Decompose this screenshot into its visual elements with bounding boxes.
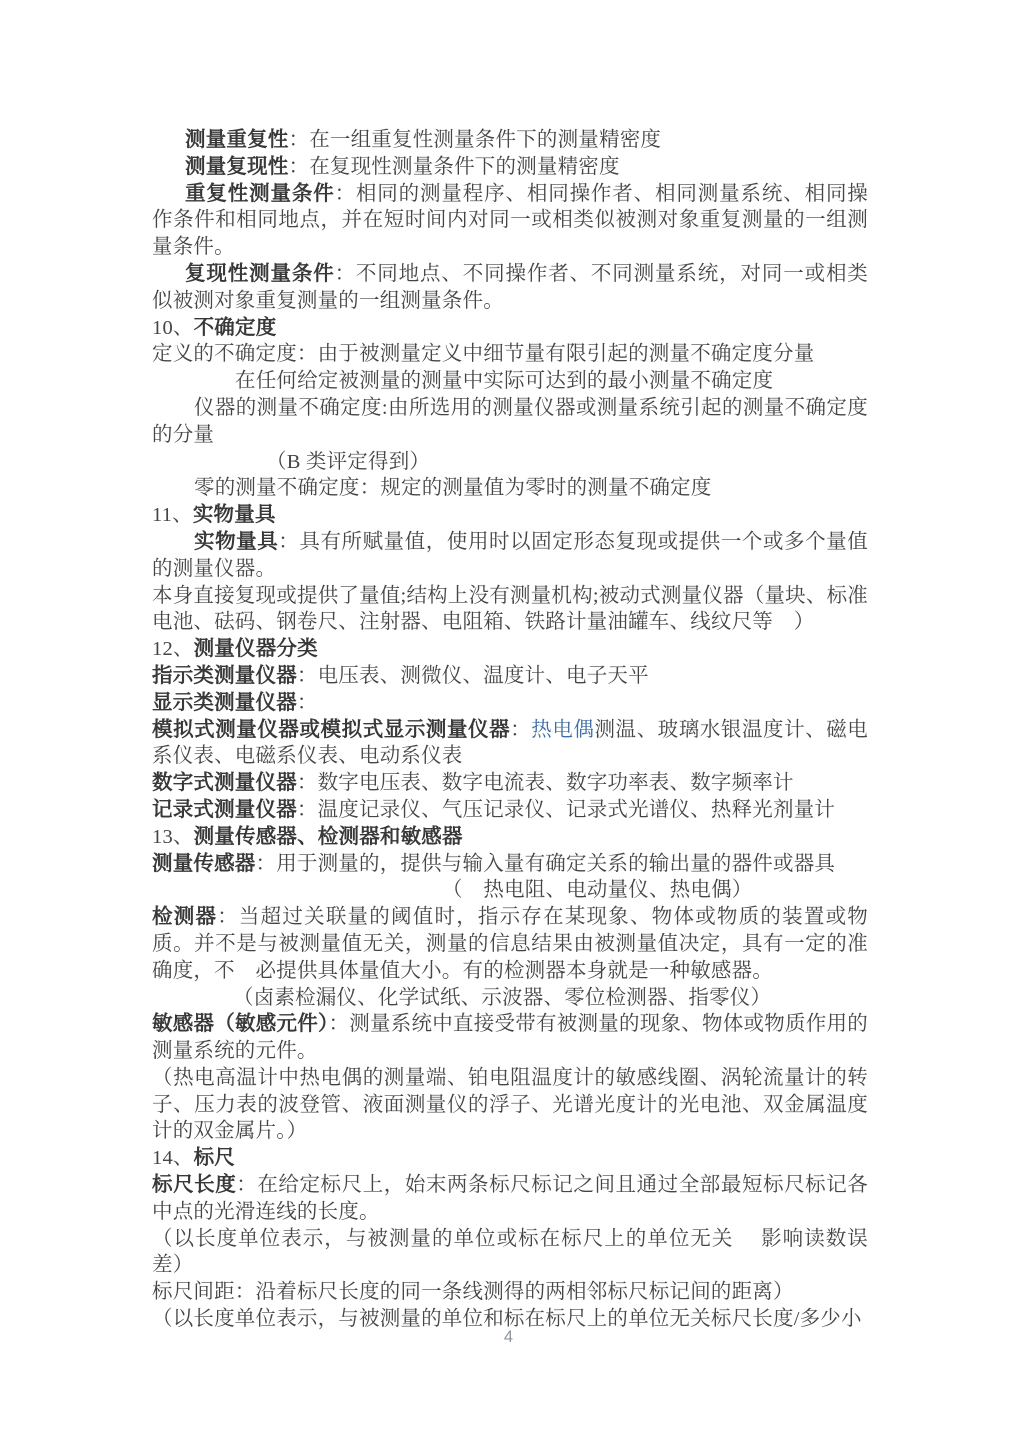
text-run: ：电压表、测微仪、温度计、电子天平: [297, 665, 649, 687]
text-run: 标尺间距：沿着标尺长度的同一条线测得的两相邻标尺标记间的距离）: [152, 1281, 794, 1303]
text-run: 11、: [152, 504, 193, 526]
text-run: 标尺长度: [152, 1174, 236, 1196]
document-body: 测量重复性：在一组重复性测量条件下的测量精密度测量复现性：在复现性测量条件下的测…: [152, 127, 868, 1333]
paragraph: 指示类测量仪器：电压表、测微仪、温度计、电子天平: [152, 663, 868, 690]
text-run: 测量重复性: [185, 129, 289, 151]
text-run: ：数字电压表、数字电流表、数字功率表、数字频率计: [297, 772, 794, 794]
text-run: （ 热电阻、电动量仪、热电偶）: [442, 879, 753, 901]
paragraph: 仪器的测量不确定度:由所选用的测量仪器或测量系统引起的测量不确定度的分量: [152, 395, 868, 449]
paragraph: 13、测量传感器、检测器和敏感器: [152, 824, 868, 851]
text-run: 测量传感器、检测器和敏感器: [194, 826, 463, 848]
text-run: 零的测量不确定度：规定的测量值为零时的测量不确定度: [194, 477, 712, 499]
paragraph: 记录式测量仪器：温度记录仪、气压记录仪、记录式光谱仪、热释光剂量计: [152, 797, 868, 824]
paragraph: 数字式测量仪器：数字电压表、数字电流表、数字功率表、数字频率计: [152, 770, 868, 797]
text-run: ：: [297, 692, 318, 714]
paragraph: 重复性测量条件：相同的测量程序、相同操作者、相同测量系统、相同操作条件和相同地点…: [152, 181, 868, 261]
paragraph: 本身直接复现或提供了量值;结构上没有测量机构;被动式测量仪器（量块、标准电池、砝…: [152, 583, 868, 637]
paragraph: 敏感器（敏感元件）：测量系统中直接受带有被测量的现象、物体或物质作用的测量系统的…: [152, 1011, 868, 1065]
text-run: 10、: [152, 317, 194, 339]
text-run: ：在给定标尺上，始末两条标尺标记之间且通过全部最短标尺标记各中点的光滑连线的长度…: [152, 1174, 868, 1223]
text-run: 实物量具: [193, 504, 276, 526]
paragraph: 测量传感器：用于测量的，提供与输入量有确定关系的输出量的器件或器具: [152, 851, 868, 878]
paragraph: 14、标尺: [152, 1145, 868, 1172]
text-run: 测量传感器: [152, 853, 256, 875]
text-run: 12、: [152, 638, 194, 660]
text-run: 数字式测量仪器: [152, 772, 297, 794]
paragraph: 测量重复性：在一组重复性测量条件下的测量精密度: [152, 127, 868, 154]
hyperlink-text[interactable]: 热电偶: [531, 719, 594, 741]
text-run: ：当超过关联量的阈值时，指示存在某现象、物体或物质的装置或物质。并不是与被测量值…: [152, 906, 868, 982]
text-run: ：: [510, 719, 531, 741]
text-run: （热电高温计中热电偶的测量端、铂电阻温度计的敏感线圈、涡轮流量计的转子、压力表的…: [152, 1067, 868, 1143]
paragraph: （卤素检漏仪、化学试纸、示波器、零位检测器、指零仪）: [152, 985, 868, 1012]
text-run: 定义的不确定度：由于被测量定义中细节量有限引起的测量不确定度分量: [152, 343, 814, 365]
text-run: 指示类测量仪器: [152, 665, 297, 687]
text-run: 记录式测量仪器: [152, 799, 297, 821]
paragraph: （以长度单位表示，与被测量的单位或标在标尺上的单位无关 影响读数误差）: [152, 1226, 868, 1280]
paragraph: 检测器：当超过关联量的阈值时，指示存在某现象、物体或物质的装置或物质。并不是与被…: [152, 904, 868, 984]
text-run: 14、: [152, 1147, 194, 1169]
text-run: 测量仪器分类: [194, 638, 318, 660]
text-run: 复现性测量条件: [185, 263, 335, 285]
text-run: （以长度单位表示，与被测量的单位和标在标尺上的单位无关标尺长度/多少小: [152, 1308, 862, 1330]
text-run: 在任何给定被测量的测量中实际可达到的最小测量不确定度: [235, 370, 773, 392]
paragraph: 显示类测量仪器：: [152, 690, 868, 717]
text-run: 仪器的测量不确定度:由所选用的测量仪器或测量系统引起的测量不确定度的分量: [152, 397, 868, 446]
paragraph: 标尺间距：沿着标尺长度的同一条线测得的两相邻标尺标记间的距离）: [152, 1279, 868, 1306]
paragraph: （热电高温计中热电偶的测量端、铂电阻温度计的敏感线圈、涡轮流量计的转子、压力表的…: [152, 1065, 868, 1145]
paragraph: （ 热电阻、电动量仪、热电偶）: [152, 877, 868, 904]
paragraph: 标尺长度：在给定标尺上，始末两条标尺标记之间且通过全部最短标尺标记各中点的光滑连…: [152, 1172, 868, 1226]
text-run: 重复性测量条件: [185, 183, 335, 205]
text-run: 模拟式测量仪器或模拟式显示测量仪器: [152, 719, 510, 741]
paragraph: 复现性测量条件：不同地点、不同操作者、不同测量系统，对同一或相类似被测对象重复测…: [152, 261, 868, 315]
paragraph: 模拟式测量仪器或模拟式显示测量仪器：热电偶测温、玻璃水银温度计、磁电系仪表、电磁…: [152, 717, 868, 771]
text-run: 检测器: [152, 906, 217, 928]
text-run: ：在复现性测量条件下的测量精密度: [289, 156, 620, 178]
paragraph: 在任何给定被测量的测量中实际可达到的最小测量不确定度: [152, 368, 868, 395]
paragraph: 12、测量仪器分类: [152, 636, 868, 663]
text-run: 测量复现性: [185, 156, 289, 178]
text-run: ：用于测量的，提供与输入量有确定关系的输出量的器件或器具: [256, 853, 836, 875]
text-run: 敏感器（敏感元件）: [152, 1013, 329, 1035]
text-run: （卤素检漏仪、化学试纸、示波器、零位检测器、指零仪）: [233, 987, 771, 1009]
paragraph: 11、实物量具: [152, 502, 868, 529]
text-run: ：温度记录仪、气压记录仪、记录式光谱仪、热释光剂量计: [297, 799, 835, 821]
paragraph: 定义的不确定度：由于被测量定义中细节量有限引起的测量不确定度分量: [152, 341, 868, 368]
text-run: 标尺: [194, 1147, 235, 1169]
text-run: 实物量具: [194, 531, 278, 553]
text-run: 本身直接复现或提供了量值;结构上没有测量机构;被动式测量仪器（量块、标准电池、砝…: [152, 585, 868, 634]
paragraph: 实物量具：具有所赋量值，使用时以固定形态复现或提供一个或多个量值的测量仪器。: [152, 529, 868, 583]
text-run: （以长度单位表示，与被测量的单位或标在标尺上的单位无关 影响读数误差）: [152, 1228, 868, 1277]
text-run: （B 类评定得到）: [266, 451, 430, 473]
paragraph: （B 类评定得到）: [152, 449, 868, 476]
text-run: 不确定度: [194, 317, 277, 339]
text-run: ：在一组重复性测量条件下的测量精密度: [289, 129, 662, 151]
text-run: 13、: [152, 826, 194, 848]
paragraph: 10、不确定度: [152, 315, 868, 342]
paragraph: 零的测量不确定度：规定的测量值为零时的测量不确定度: [152, 475, 868, 502]
paragraph: 测量复现性：在复现性测量条件下的测量精密度: [152, 154, 868, 181]
text-run: 显示类测量仪器: [152, 692, 297, 714]
page-number: 4: [0, 1328, 1017, 1347]
